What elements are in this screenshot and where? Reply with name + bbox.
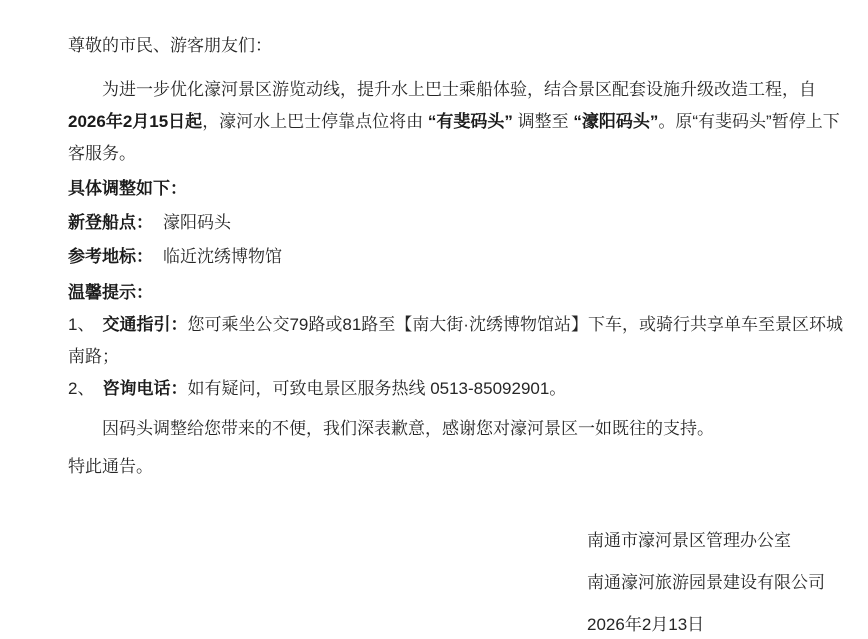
tip-item-hotline: 2、咨询电话：如有疑问，可致电景区服务热线 0513-85092901。: [68, 373, 847, 405]
tip-1-label: 交通指引：: [102, 315, 187, 334]
landmark-label: 参考地标：: [68, 247, 153, 266]
closing-statement: 特此通告。: [68, 451, 847, 483]
signature-date: 2026年2月13日: [587, 609, 847, 639]
intro-paragraph: 为进一步优化濠河景区游览动线，提升水上巴士乘船体验，结合景区配套设施升级改造工程…: [68, 74, 847, 170]
intro-text-1: 为进一步优化濠河景区游览动线，提升水上巴士乘船体验，结合景区配套设施升级改造工程…: [102, 80, 816, 99]
intro-text-2: ，濠河水上巴士停靠点位将由: [202, 112, 428, 131]
salutation: 尊敬的市民、游客朋友们：: [68, 30, 847, 62]
boarding-point-value: 濠阳码头: [163, 213, 231, 232]
detail-row-boarding-point: 新登船点：濠阳码头: [68, 207, 847, 239]
boarding-point-label: 新登船点：: [68, 213, 153, 232]
new-dock-name: “濠阳码头”: [573, 112, 658, 131]
intro-text-3: 调整至: [513, 112, 573, 131]
tip-item-transport: 1、交通指引：您可乘坐公交79路或81路至【南大街·沈绣博物馆站】下车，或骑行共…: [68, 309, 847, 373]
apology-paragraph: 因码头调整给您带来的不便，我们深表歉意，感谢您对濠河景区一如既往的支持。: [68, 413, 847, 445]
signature-org-1: 南通市濠河景区管理办公室: [587, 525, 847, 557]
tip-1-number: 1、: [68, 315, 94, 334]
signature-org-2: 南通濠河旅游园景建设有限公司: [587, 567, 847, 599]
signature-block: 南通市濠河景区管理办公室 南通濠河旅游园景建设有限公司 2026年2月13日: [587, 525, 847, 639]
landmark-value: 临近沈绣博物馆: [163, 247, 282, 266]
effective-date: 2026年2月15日起: [68, 112, 202, 131]
tip-2-label: 咨询电话：: [102, 379, 187, 398]
tips-heading: 温馨提示：: [68, 277, 847, 309]
notice-document: 尊敬的市民、游客朋友们： 为进一步优化濠河景区游览动线，提升水上巴士乘船体验，结…: [0, 0, 868, 639]
tip-2-text: 如有疑问，可致电景区服务热线 0513-85092901。: [187, 379, 566, 398]
detail-row-landmark: 参考地标：临近沈绣博物馆: [68, 241, 847, 273]
adjustments-heading: 具体调整如下：: [68, 173, 847, 205]
tip-2-number: 2、: [68, 379, 94, 398]
old-dock-name: “有斐码头”: [428, 112, 513, 131]
